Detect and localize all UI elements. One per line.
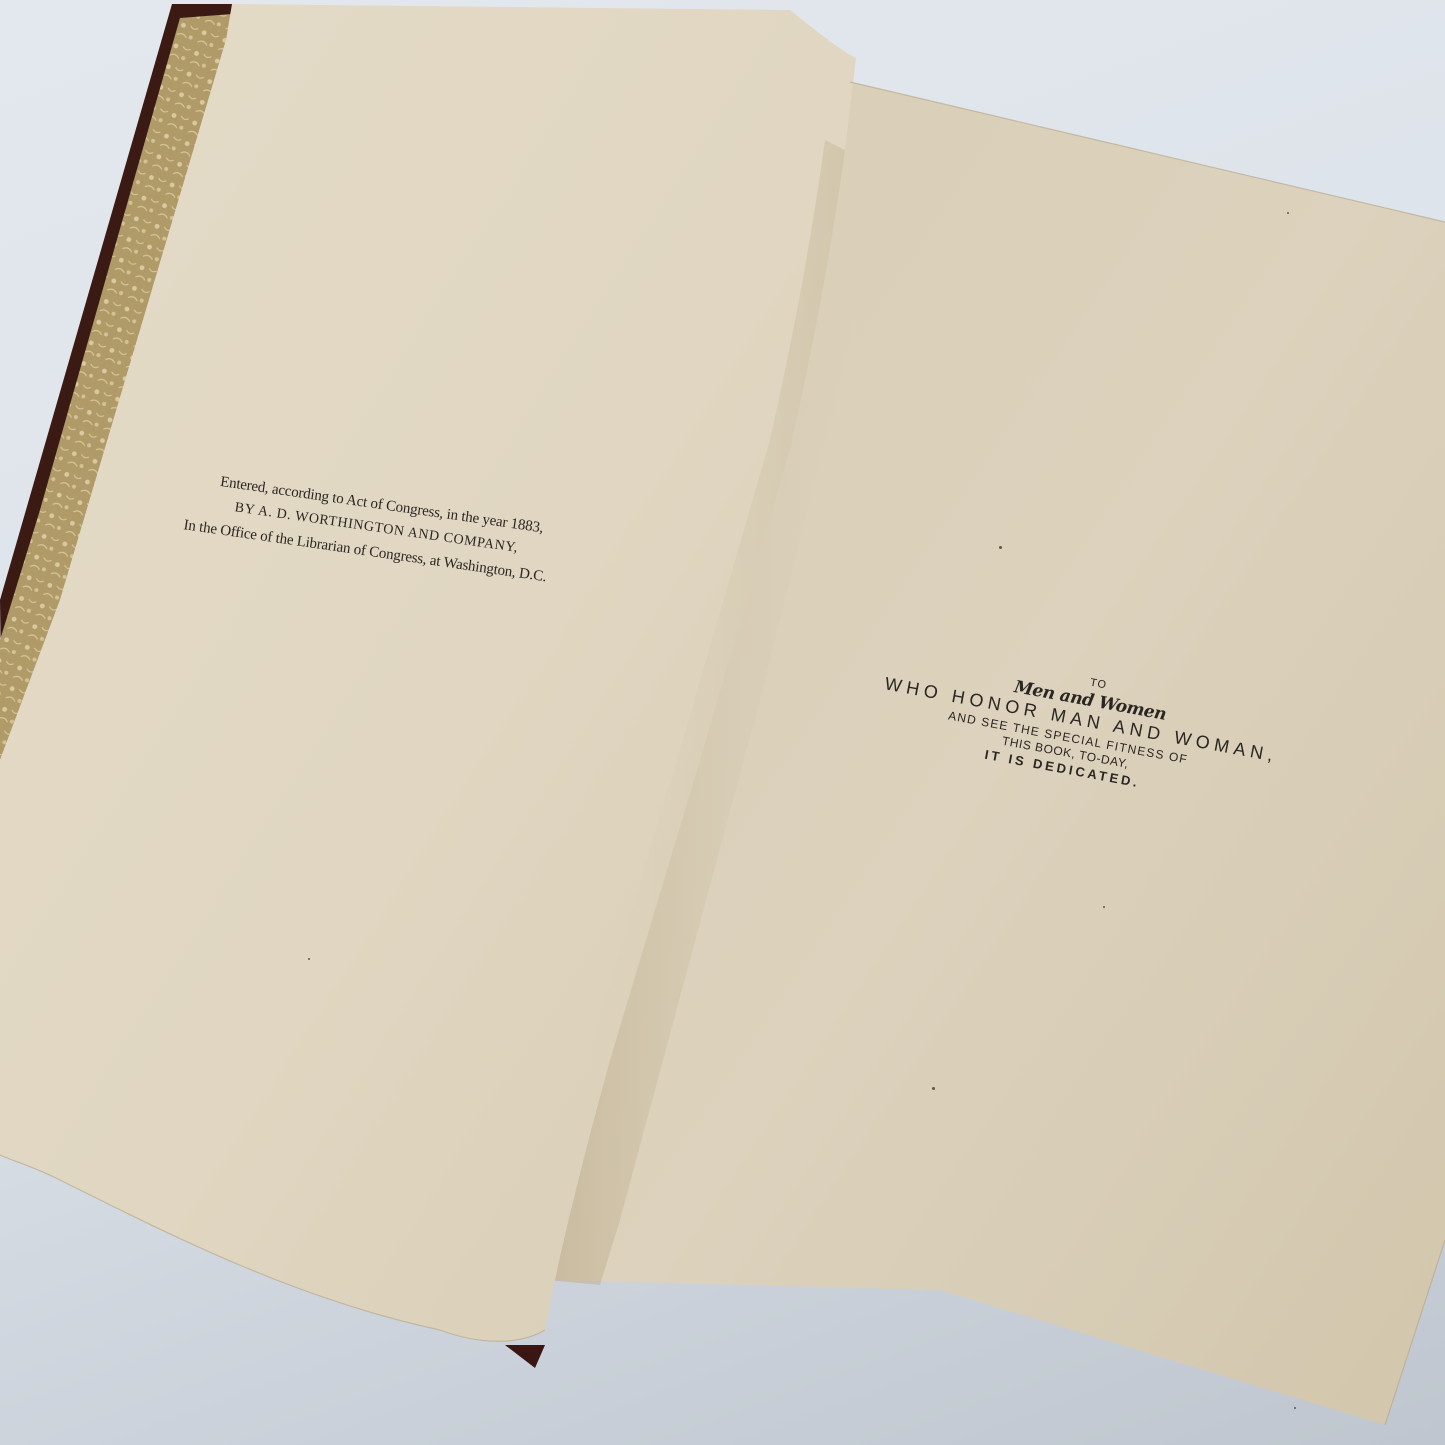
paper-speck — [1103, 906, 1105, 908]
paper-speck — [999, 546, 1002, 549]
paper-speck — [1287, 212, 1289, 214]
paper-speck — [308, 958, 310, 960]
paper-speck — [1294, 1407, 1296, 1409]
paper-speck — [932, 1087, 935, 1090]
photo-scene: Entered, according to Act of Congress, i… — [0, 0, 1445, 1445]
